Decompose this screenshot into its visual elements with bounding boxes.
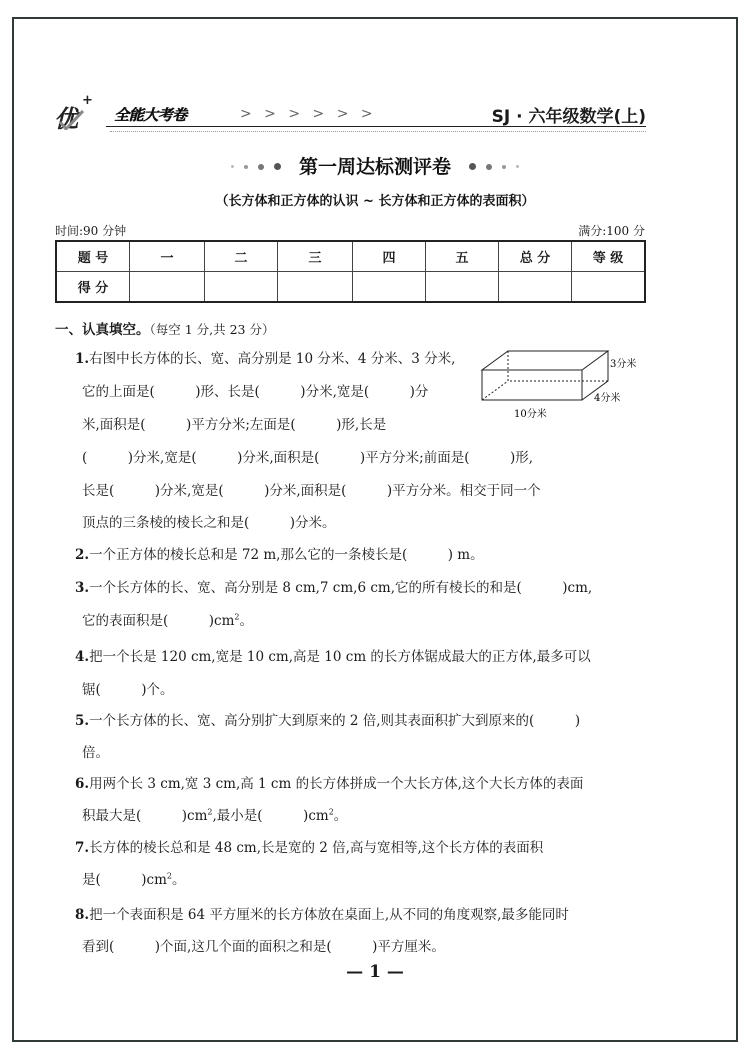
checkmark-icon [58, 110, 84, 130]
score-header-cell: 五 [426, 241, 499, 272]
question-8-line-1: 8.把一个表面积是 64 平方厘米的长方体放在桌面上,从不同的角度观察,最多能同… [75, 903, 569, 923]
dots-right-decoration [464, 156, 524, 175]
score-header-cell: 三 [278, 241, 353, 272]
cuboid-figure: 3分米 4分米 10分米 [478, 345, 648, 425]
page-title: 第一周达标测评卷 [299, 152, 451, 179]
question-1-line-3: 米,面积是( )平方分米;左面是( )形,长是 [82, 413, 386, 433]
section-title: 一、认真填空。（每空 1 分,共 23 分） [55, 318, 274, 338]
question-5-line-1: 5.一个长方体的长、宽、高分别扩大到原来的 2 倍,则其表面积扩大到原来的( ) [75, 709, 580, 729]
question-1-line-5: 长是( )分米,宽是( )分米,面积是( )平方分米。相交于同一个 [82, 479, 541, 499]
question-5-line-2: 倍。 [82, 741, 109, 761]
score-table-score-row: 得 分 [56, 272, 645, 303]
page-header: 优 + 全能大考卷 > > > > > > SJ · 六年级数学(上) [52, 96, 646, 136]
score-cell[interactable] [130, 272, 205, 303]
page-number: — 1 — [0, 962, 750, 982]
question-4-line-1: 4.把一个长是 120 cm,宽是 10 cm,高是 10 cm 的长方体锯成最… [75, 645, 591, 665]
score-cell[interactable] [426, 272, 499, 303]
width-label: 4分米 [594, 391, 620, 404]
question-3-line-1: 3.一个长方体的长、宽、高分别是 8 cm,7 cm,6 cm,它的所有棱长的和… [75, 576, 592, 596]
score-header-cell: 二 [205, 241, 278, 272]
section-note: （每空 1 分,共 23 分） [150, 322, 275, 337]
question-6-line-1: 6.用两个长 3 cm,宽 3 cm,高 1 cm 的长方体拼成一个大长方体,这… [75, 772, 583, 792]
question-7-line-1: 7.长方体的棱长总和是 48 cm,长是宽的 2 倍,高与宽相等,这个长方体的表… [75, 836, 543, 856]
header-dotted-rule [110, 131, 646, 132]
score-header-cell: 四 [353, 241, 426, 272]
question-1-line-4: ( )分米,宽是( )分米,面积是( )平方分米;前面是( )形, [82, 446, 533, 466]
logo-plus: + [82, 93, 93, 108]
arrows-decoration: > > > > > > [240, 106, 377, 122]
header-rule [106, 126, 646, 127]
score-header-cell: 题 号 [56, 241, 130, 272]
question-6-line-2: 积最大是( )cm2,最小是( )cm2。 [82, 804, 347, 824]
score-row-label: 得 分 [56, 272, 130, 303]
subject-label: SJ · 六年级数学(上) [492, 102, 646, 127]
score-table-header-row: 题 号 一 二 三 四 五 总 分 等 级 [56, 241, 645, 272]
full-score: 满分:100 分 [578, 222, 645, 239]
question-7-line-2: 是( )cm2。 [82, 868, 186, 888]
question-1-line-1: 1.右图中长方体的长、宽、高分别是 10 分米、4 分米、3 分米, [75, 347, 455, 367]
score-table: 题 号 一 二 三 四 五 总 分 等 级 得 分 [55, 240, 646, 303]
score-header-cell: 等 级 [572, 241, 646, 272]
time-limit: 时间:90 分钟 [55, 222, 126, 239]
score-header-cell: 一 [130, 241, 205, 272]
question-4-line-2: 锯( )个。 [82, 678, 174, 698]
question-1-line-2: 它的上面是( )形、长是( )分米,宽是( )分 [82, 380, 428, 400]
title-row: 第一周达标测评卷 [0, 152, 750, 179]
height-label: 3分米 [610, 357, 636, 370]
dots-left-decoration [226, 156, 286, 175]
question-2: 2.一个正方体的棱长总和是 72 m,那么它的一条棱长是( ) m。 [75, 543, 484, 563]
score-cell[interactable] [205, 272, 278, 303]
length-label: 10分米 [514, 407, 547, 420]
score-header-cell: 总 分 [499, 241, 572, 272]
question-3-line-2: 它的表面积是( )cm2。 [82, 609, 253, 629]
page-subtitle: （长方体和正方体的认识 ~ 长方体和正方体的表面积） [0, 190, 750, 209]
question-1-line-6: 顶点的三条棱的棱长之和是( )分米。 [82, 511, 336, 531]
brand-name: 全能大考卷 [114, 104, 187, 125]
score-cell[interactable] [278, 272, 353, 303]
score-cell[interactable] [353, 272, 426, 303]
score-cell[interactable] [499, 272, 572, 303]
question-8-line-2: 看到( )个面,这几个面的面积之和是( )平方厘米。 [82, 935, 445, 955]
score-cell[interactable] [572, 272, 646, 303]
section-heading: 一、认真填空。 [55, 322, 150, 338]
